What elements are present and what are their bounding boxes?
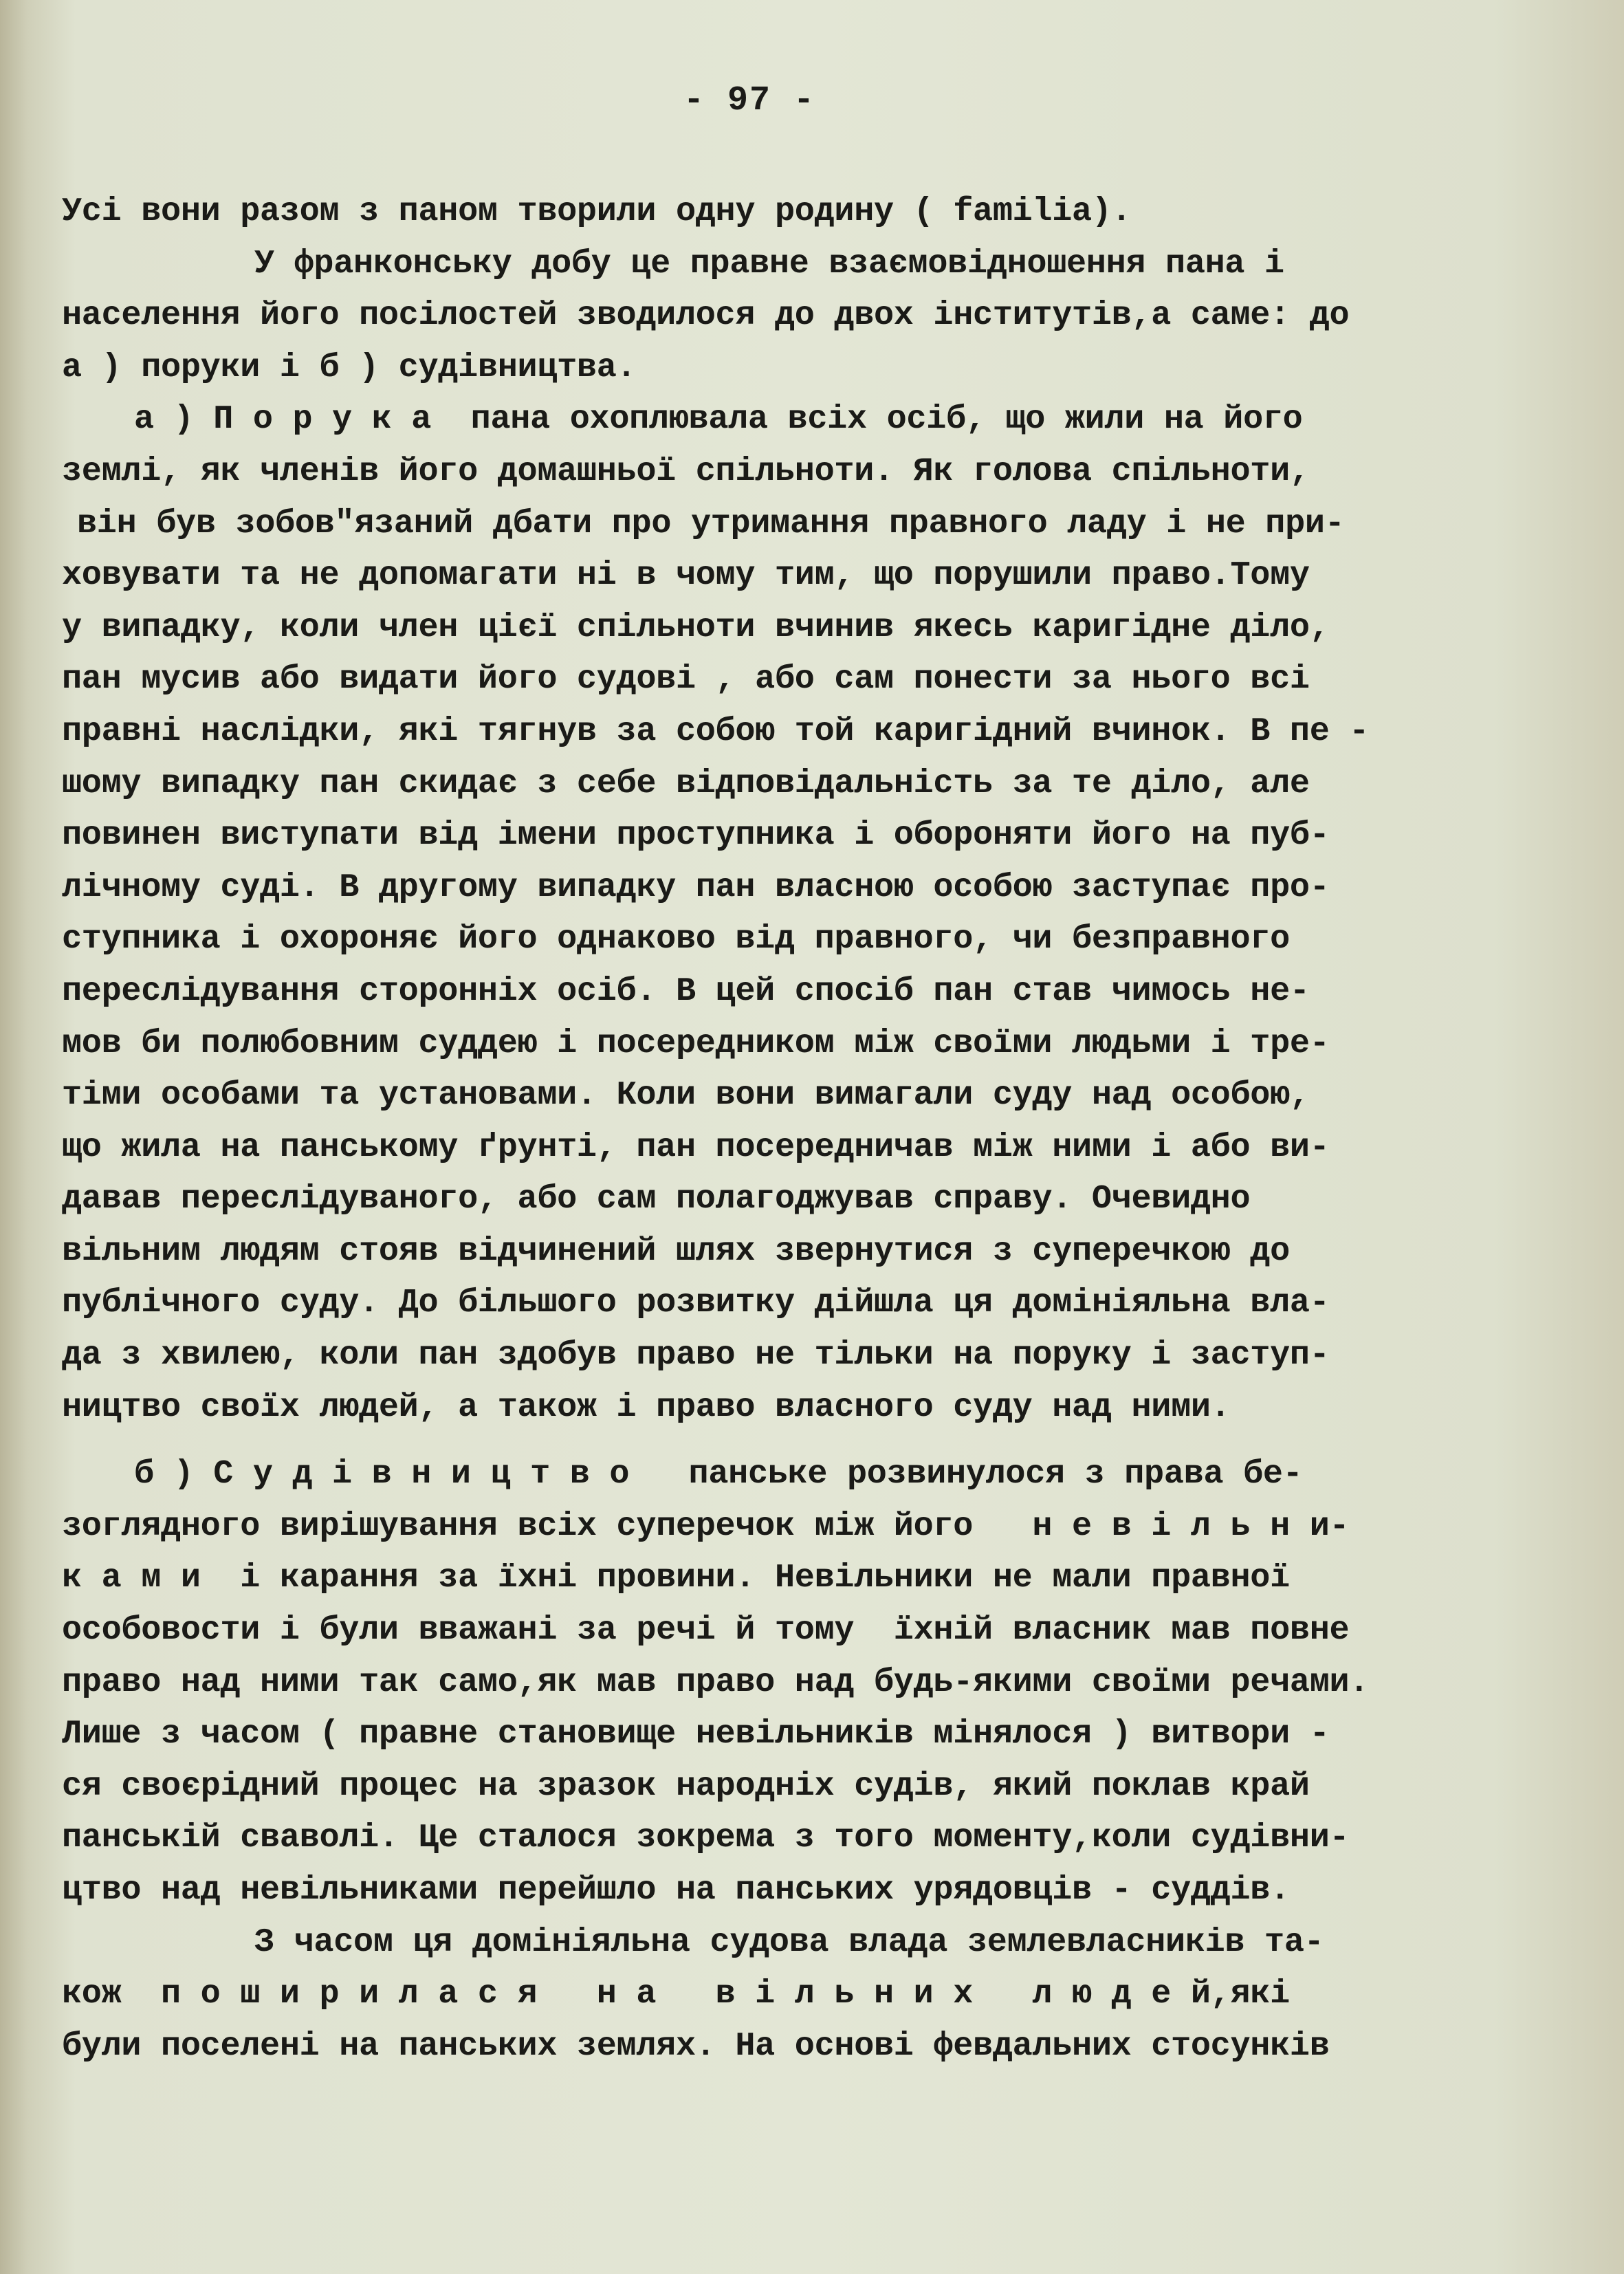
text-line: зоглядного вирішування всіх суперечок мі… [62, 1500, 1588, 1553]
typewritten-page: - 97 - Усі вони разом з паном творили од… [0, 0, 1624, 2274]
text-line: а ) П о р у к а пана охоплювала всіх осі… [62, 393, 1588, 446]
text-line: да з хвилею, коли пан здобув право не ті… [62, 1329, 1588, 1381]
text-line: населення його посілостей зводилося до д… [62, 289, 1588, 342]
text-line: були поселені на панських землях. На осн… [62, 2020, 1588, 2073]
text-line: право над ними так само,як мав право над… [62, 1657, 1588, 1709]
text-line: У франконську добу це правне взаємовідно… [62, 238, 1588, 290]
text-line: публічного суду. До більшого розвитку ді… [62, 1277, 1588, 1329]
text-line: Лише з часом ( правне становище невільни… [62, 1708, 1588, 1760]
text-line: ництво своїх людей, а також і право влас… [62, 1381, 1588, 1434]
text-line: переслідування сторонніх осіб. В цей спо… [62, 965, 1588, 1018]
text-line: що жила на панському ґрунті, пан посеред… [62, 1122, 1588, 1174]
page-number: - 97 - [0, 81, 1499, 120]
text-line: вільним людям стояв відчинений шлях звер… [62, 1225, 1588, 1278]
text-line: цтво над невільниками перейшло на панськ… [62, 1864, 1588, 1916]
text-line: він був зобов"язаний дбати про утримання… [62, 498, 1588, 550]
text-line: ховувати та не допомагати ні в чому тим,… [62, 549, 1588, 602]
text-line: лічному суді. В другому випадку пан влас… [62, 862, 1588, 914]
text-line: шому випадку пан скидає з себе відповіда… [62, 758, 1588, 810]
text-line: а ) поруки і б ) судівництва. [62, 342, 1588, 394]
text-line: Усі вони разом з паном творили одну роди… [62, 186, 1588, 238]
text-line: давав переслідуваного, або сам полагоджу… [62, 1173, 1588, 1225]
text-line: ступника і охороняє його однаково від пр… [62, 913, 1588, 965]
text-line: правні наслідки, які тягнув за собою той… [62, 706, 1588, 758]
text-line: мов би полюбовним суддею і посередником … [62, 1018, 1588, 1070]
text-line: б ) С у д і в н и ц т в о панське розвин… [62, 1448, 1588, 1500]
text-line: тіми особами та установами. Коли вони ви… [62, 1069, 1588, 1122]
text-line: кож п о ш и р и л а с я н а в і л ь н и … [62, 1968, 1588, 2020]
text-line: землі, як членів його домашньої спільнот… [62, 446, 1588, 498]
body-text: Усі вони разом з паном творили одну роди… [62, 186, 1588, 2072]
text-line: повинен виступати від імени проступника … [62, 809, 1588, 862]
text-line: к а м и і карання за їхні провини. Невіл… [62, 1552, 1588, 1604]
text-line: пан мусив або видати його судові , або с… [62, 653, 1588, 706]
text-line: панській сваволі. Це сталося зокрема з т… [62, 1812, 1588, 1864]
text-line: у випадку, коли член цієї спільноти вчин… [62, 602, 1588, 654]
text-line: ся своєрідний процес на зразок народніх … [62, 1760, 1588, 1813]
text-line: З часом ця домініяльна судова влада земл… [62, 1916, 1588, 1969]
text-line: особовости і були вважані за речі й тому… [62, 1604, 1588, 1657]
